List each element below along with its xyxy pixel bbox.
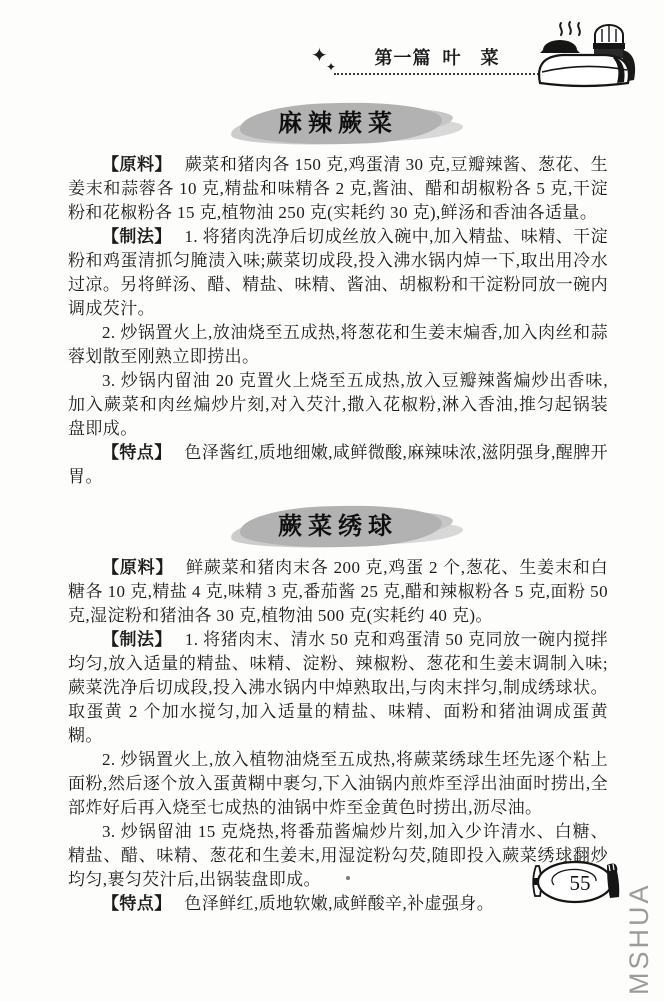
recipe-title-mala-juecai: 麻辣蕨菜 <box>256 98 420 145</box>
method-step-paragraph: 2. 炒锅置火上,放油烧至五成热,将葱花和生姜末煸香,加入肉丝和蒜蓉划散至刚熟立… <box>68 321 608 369</box>
ingredients-paragraph: 【原料】鲜蕨菜和猪肉末各 200 克,鸡蛋 2 个,葱花、生姜末和白糖各 10 … <box>68 556 608 628</box>
page-number-plate: 55 <box>524 856 620 908</box>
paragraph-text: 2. 炒锅置火上,放油烧至五成热,将葱花和生姜末煸香,加入肉丝和蒜蓉划散至刚熟立… <box>68 323 608 366</box>
chef-pot-illustration <box>531 20 639 88</box>
page-body: 麻辣蕨菜 【原料】蕨菜和猪肉各 150 克,鸡蛋清 30 克,豆瓣辣酱、葱花、生… <box>68 98 608 916</box>
paragraph-text: 3. 炒锅内留油 20 克置火上烧至五成热,放入豆瓣辣酱煸炒出香味,加入蕨菜和肉… <box>68 371 608 438</box>
method-step-paragraph: 【制法】1. 将猪肉末、清水 50 克和鸡蛋清 50 克同放一碗内搅拌均匀,放入… <box>68 628 608 748</box>
section-label: 【特点】 <box>102 894 172 913</box>
section-label: 【制法】 <box>102 227 172 246</box>
recipe-title-text: 蕨菜绣球 <box>278 514 398 540</box>
features-paragraph: 【特点】色泽酱红,质地细嫩,咸鲜微酸,麻辣味浓,滋阴强身,醒脾开胃。 <box>68 441 608 489</box>
recipe-title-text: 麻辣蕨菜 <box>278 111 398 137</box>
book-page: ✦ ✦ 第一篇 叶 菜 麻辣蕨菜 【原料】蕨菜和猪肉各 150 克,鸡蛋清 30… <box>0 0 664 1001</box>
steam-icon <box>560 22 580 35</box>
watermark: MSHUA <box>624 895 654 995</box>
method-step-paragraph: 3. 炒锅内留油 20 克置火上烧至五成热,放入豆瓣辣酱煸炒出香味,加入蕨菜和肉… <box>68 369 608 441</box>
ingredients-paragraph: 【原料】蕨菜和猪肉各 150 克,鸡蛋清 30 克,豆瓣辣酱、葱花、生姜末和蒜蓉… <box>68 153 608 225</box>
section-label: 【原料】 <box>102 155 172 174</box>
fork-icon <box>607 864 619 899</box>
section-label: 【制法】 <box>102 630 172 649</box>
paragraph-text: 色泽鲜红,质地软嫩,咸鲜酸辛,补虚强身。 <box>184 894 494 913</box>
method-step-paragraph: 2. 炒锅置火上,放入植物油烧至五成热,将蕨菜绣球生坯先逐个粘上面粉,然后逐个放… <box>68 748 608 820</box>
page-number: 55 <box>570 871 591 895</box>
chapter-title: 第一篇 叶 菜 <box>342 44 532 70</box>
section-label: 【特点】 <box>102 443 172 462</box>
method-step-paragraph: 【制法】1. 将猪肉洗净后切成丝放入碗中,加入精盐、味精、干淀粉和鸡蛋清抓匀腌渍… <box>68 225 608 321</box>
paragraph-text: 2. 炒锅置火上,放入植物油烧至五成热,将蕨菜绣球生坯先逐个粘上面粉,然后逐个放… <box>68 750 608 817</box>
covered-dish-icon <box>540 40 580 53</box>
section-label: 【原料】 <box>102 558 173 577</box>
print-speck <box>346 876 350 880</box>
recipe-title-juecai-xiuqiu: 蕨菜绣球 <box>256 501 420 548</box>
